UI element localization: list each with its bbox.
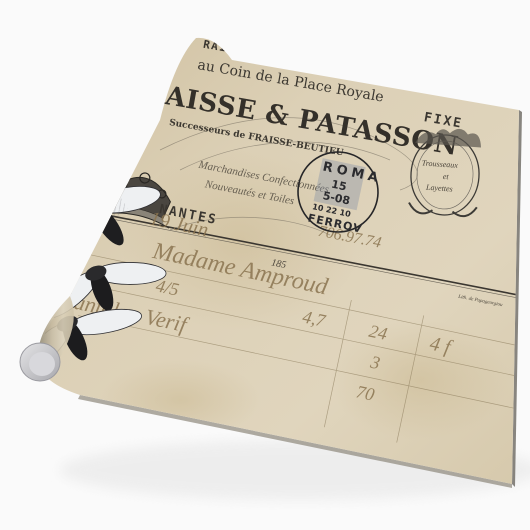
wrapping-paper-photo: RAISEN FRAISSE BEUTIEU au Coin de la Pla… xyxy=(0,0,530,530)
roll-core-inner xyxy=(29,352,55,376)
cartouche-line3: Layettes xyxy=(425,183,453,194)
